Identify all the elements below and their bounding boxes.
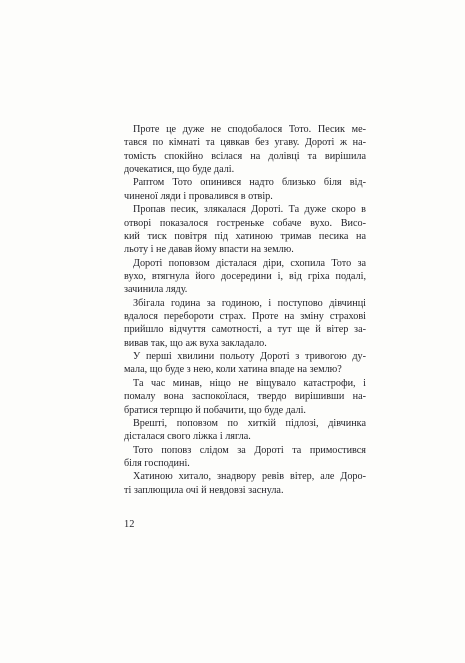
- text-line: Збігала година за годиною, і поступово д…: [124, 297, 366, 310]
- text-line: дочекатися, що буде далі.: [124, 163, 366, 176]
- text-line: ті заплющила очі й невдовзі заснула.: [124, 484, 366, 497]
- text-line: чиненої ляди і провалився в отвір.: [124, 190, 366, 203]
- text-line: Дороті поповзом дісталася діри, схопила …: [124, 257, 366, 270]
- text-line: вивав так, що аж вуха закладало.: [124, 337, 366, 350]
- text-line: Проте це дуже не сподобалося Тото. Песик…: [124, 123, 366, 136]
- text-line: прийшло відчуття самотності, а тут ще й …: [124, 323, 366, 336]
- text-line: Раптом Тото опинився надто близько біля …: [124, 176, 366, 189]
- text-line: льоту і не давав йому впасти на землю.: [124, 243, 366, 256]
- book-page: Проте це дуже не сподобалося Тото. Песик…: [0, 0, 465, 663]
- text-line: дісталася свого ліжка і лягла.: [124, 430, 366, 443]
- page-number: 12: [124, 518, 134, 531]
- text-line: Врешті, поповзом по хиткій підлозі, дівч…: [124, 417, 366, 430]
- text-line: кий тиск повітря під хатиною тримав песи…: [124, 230, 366, 243]
- text-line: біля господині.: [124, 457, 366, 470]
- text-line: У перші хвилини польоту Дороті з тривого…: [124, 350, 366, 363]
- text-line: зачинила ляду.: [124, 283, 366, 296]
- text-line: томість спокійно всілася на долівці та в…: [124, 150, 366, 163]
- text-line: Хатиною хитало, знадвору ревів вітер, ал…: [124, 470, 366, 483]
- text-line: отворі показалося гостреньке собаче вухо…: [124, 217, 366, 230]
- text-line: тався по кімнаті та цявкав без угаву. До…: [124, 136, 366, 149]
- text-line: мала, що буде з нею, коли хатина впаде н…: [124, 363, 366, 376]
- text-line: помалу вона заспокоїлася, твердо вирішив…: [124, 390, 366, 403]
- text-line: братися терпцю й побачити, що буде далі.: [124, 404, 366, 417]
- text-line: вдалося перебороти страх. Проте на зміну…: [124, 310, 366, 323]
- text-line: вухо, втягнула його досередини і, від гр…: [124, 270, 366, 283]
- text-line: Тото поповз слідом за Дороті та примости…: [124, 444, 366, 457]
- body-text: Проте це дуже не сподобалося Тото. Песик…: [124, 123, 366, 497]
- text-line: Та час минав, ніщо не віщувало катастроф…: [124, 377, 366, 390]
- text-line: Пропав песик, злякалася Дороті. Та дуже …: [124, 203, 366, 216]
